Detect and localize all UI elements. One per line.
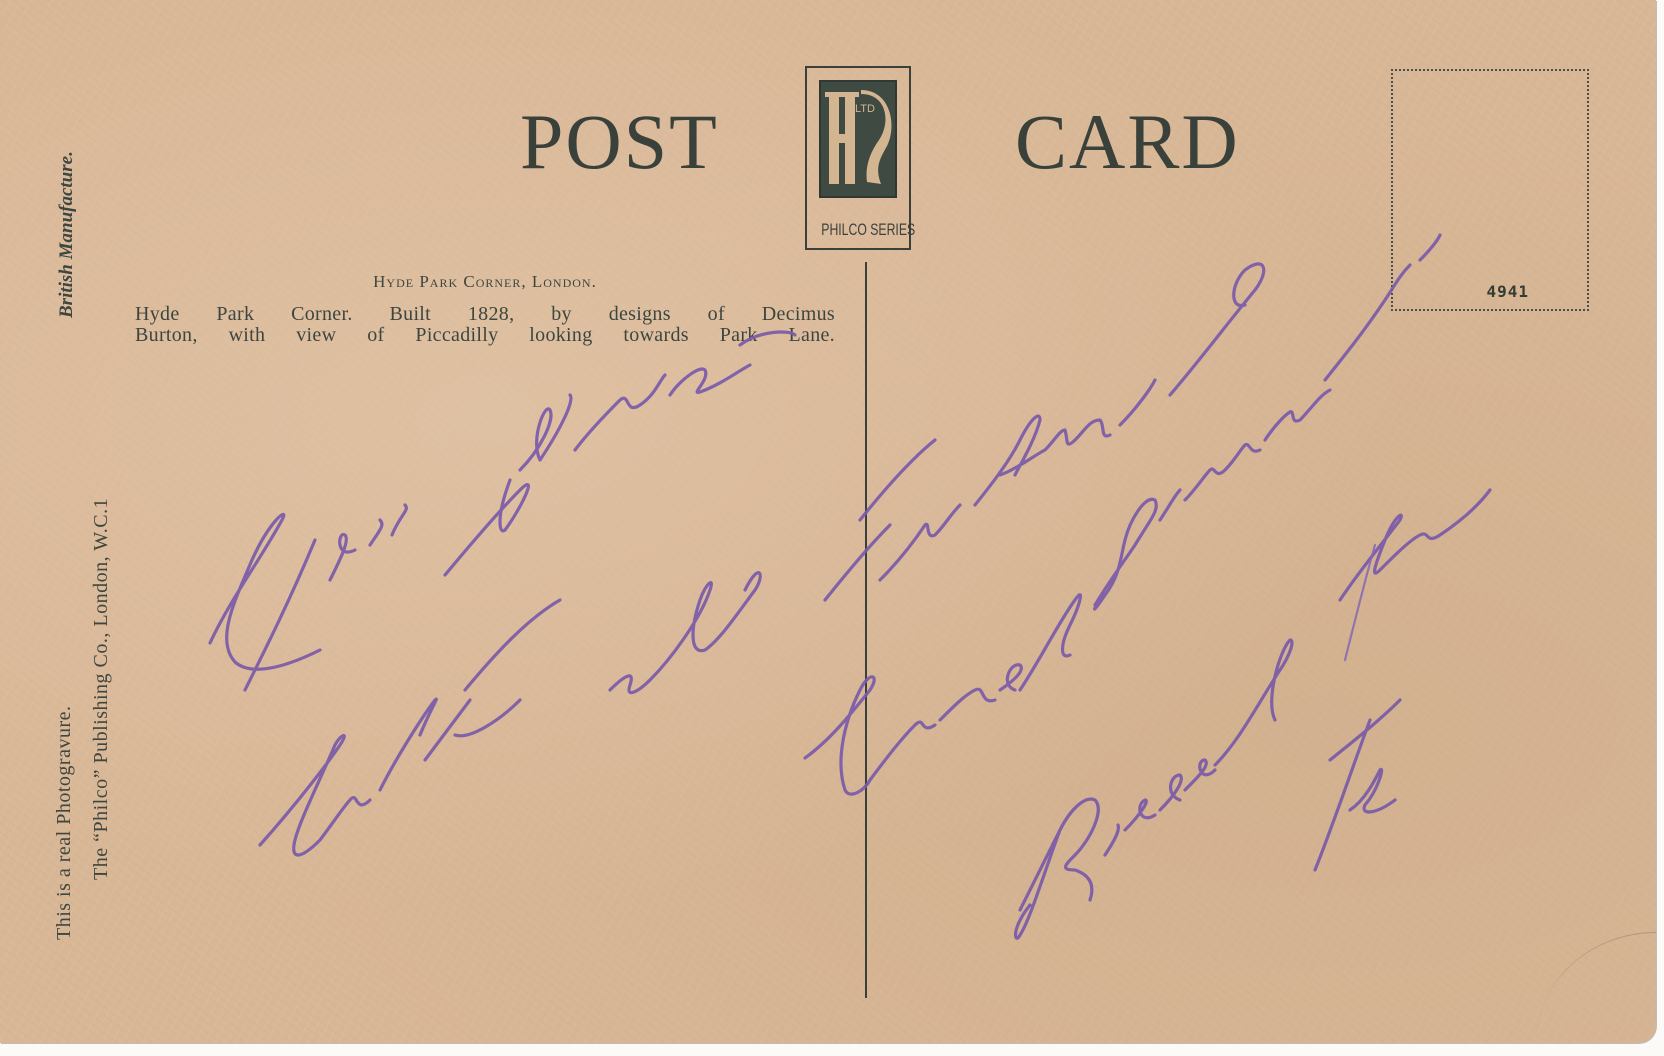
side-text-publisher: The “Philco” Publishing Co., London, W.C…	[90, 498, 113, 880]
caption-title: Hyde Park Corner, London.	[285, 272, 685, 292]
side-text-manufacture: British Manufacture.	[56, 151, 78, 318]
stamp-number: 4941	[1486, 282, 1529, 301]
handwriting-line-4: Ricordo per	[978, 670, 1276, 935]
center-divider	[865, 262, 867, 998]
corner-crease	[1536, 932, 1656, 1043]
handwriting-line-5: te	[1268, 779, 1352, 865]
heading-card: CARD	[1015, 102, 1240, 182]
philco-logo: LTD PHILCO SERIES	[805, 66, 911, 250]
postcard-back: POST CARD LTD PHILCO SERIES Hyde Park Co…	[0, 0, 1656, 1043]
hp-monogram-icon: LTD	[819, 80, 897, 198]
caption-line: Hyde Park Corner. Built 1828, by designs…	[135, 304, 835, 325]
side-text-photogravure: This is a real Photogravure.	[53, 706, 76, 941]
svg-text:LTD: LTD	[855, 103, 875, 115]
stamp-box: 4941	[1391, 69, 1589, 311]
logo-caption: PHILCO SERIES	[821, 220, 894, 240]
handwriting-line-3: Ercole Simoncini	[762, 428, 1192, 765]
heading-post: POST	[520, 102, 719, 182]
